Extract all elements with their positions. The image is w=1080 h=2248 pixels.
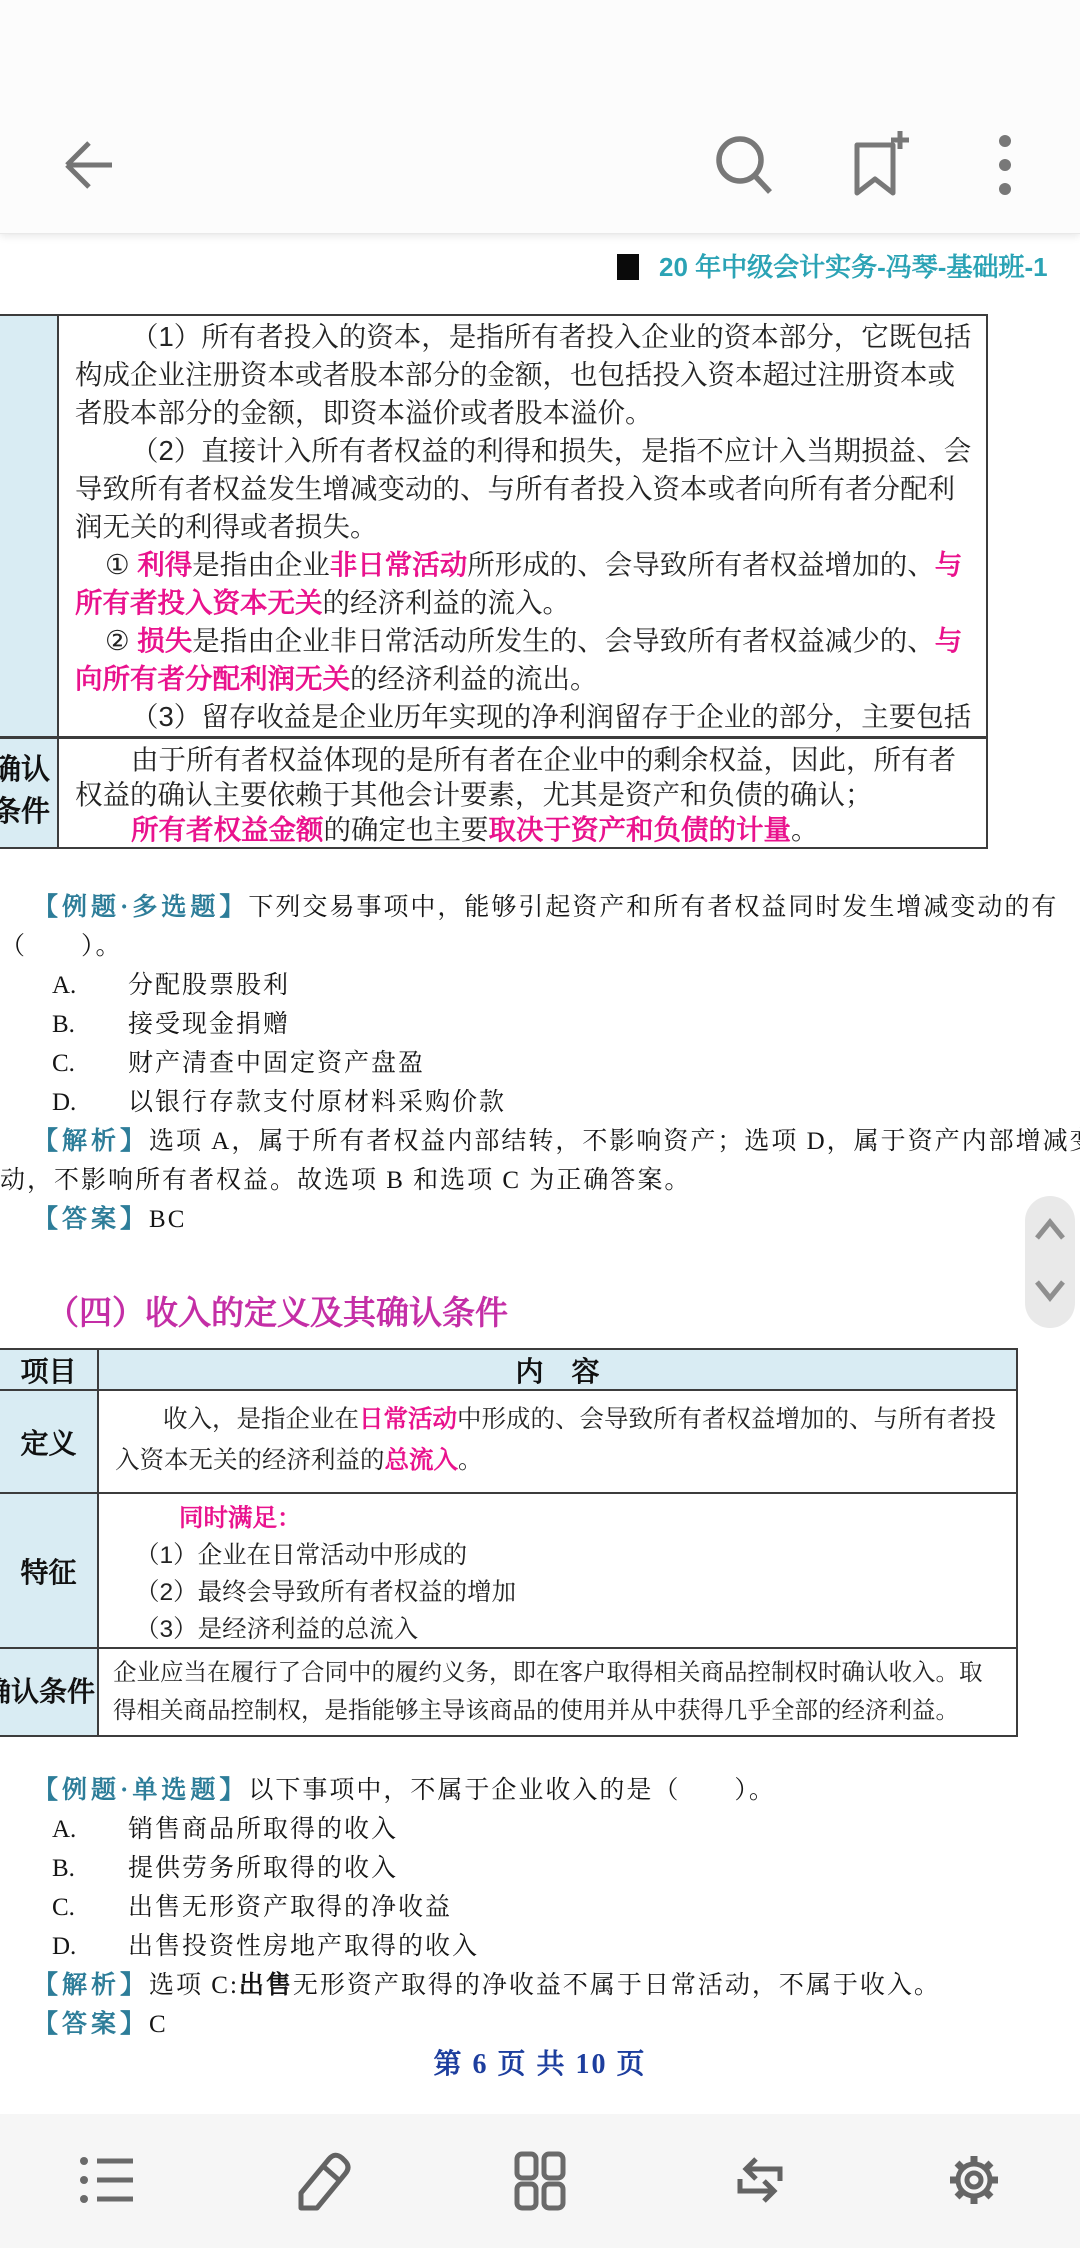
text-line: 【解析】选项 C:出售无形资产取得的净收益不属于日常活动，不属于收入。 (0, 1966, 1080, 2005)
example-singlechoice-block: 【例题·单选题】以下事项中，不属于企业收入的是（ ）。A.销售商品所取得的收入B… (0, 1771, 1080, 2044)
table-header-row: 项目 内 容 (0, 1350, 1016, 1391)
text-segment: 非日常活动 (330, 549, 468, 580)
option-letter: C. (52, 1888, 128, 1927)
page-indicator: 第 6 页 共 10 页 (0, 2045, 1080, 2085)
row-content-cell: 同时满足：（1）企业在日常活动中形成的（2）最终会导致所有者权益的增加（3）是经… (99, 1494, 1016, 1647)
text-line: （1）企业在日常活动中形成的 (115, 1537, 1004, 1574)
doc-title: 20 年中级会计实务-冯琴-基础班-1 (659, 246, 1048, 288)
bullet-square (617, 254, 639, 280)
text-line: （3）留存收益是企业历年实现的净利润留存于企业的部分，主要包括计提的盈余公积和未… (75, 698, 974, 736)
repeat-icon (728, 2148, 792, 2217)
gear-icon (942, 2148, 1006, 2217)
app-bar (0, 0, 1080, 234)
option-text: 财产清查中固定资产盘盈 (128, 1050, 425, 1077)
text-segment: 取决于资产和负债的计量 (489, 814, 792, 845)
option-line: D.以银行存款支付原材料采购价款 (0, 1083, 1080, 1122)
pencil-icon (289, 2148, 353, 2217)
text-segment: 日常活动 (359, 1406, 457, 1433)
text-line: 【例题·单选题】以下事项中，不属于企业收入的是（ ）。 (0, 1771, 1080, 1810)
more-vert-icon (965, 123, 1045, 207)
revenue-table: 项目 内 容 定义 收入，是指企业在日常活动中形成的、会导致所有者权益增加的、与… (0, 1348, 1018, 1737)
option-letter: D. (52, 1083, 128, 1122)
view-mode-button[interactable] (728, 2150, 792, 2214)
document-canvas[interactable]: 20 年中级会计实务-冯琴-基础班-1 （1）所有者投入的资本，是指所有者投入企… (0, 233, 1080, 2114)
search-icon (702, 125, 782, 205)
text-segment: 由于所有者权益体现的是所有者在企业中的剩余权益，因此，所有者权益的确认主要依赖于… (75, 744, 956, 810)
text-segment: 【解析】 (33, 1128, 149, 1155)
option-letter: D. (52, 1927, 128, 1966)
row-label-cell: 特征 (0, 1494, 99, 1647)
text-segment: 所有者权益金额 (131, 814, 324, 845)
option-letter: B. (52, 1849, 128, 1888)
row-content-cell: （1）所有者投入的资本，是指所有者投入企业的资本部分，它既包括构成企业注册资本或… (59, 316, 986, 736)
option-letter: C. (52, 1044, 128, 1083)
text-segment: （1）所有者投入的资本，是指所有者投入企业的资本部分，它既包括构成企业注册资本或… (75, 321, 971, 428)
chevron-up-icon (1030, 1214, 1070, 1249)
doc-title-row: 20 年中级会计实务-冯琴-基础班-1 (0, 246, 1080, 288)
bookmark-add-icon (831, 123, 917, 207)
text-segment: 损失 (137, 625, 192, 656)
text-line: 企业应当在履行了合同中的履约义务，即在客户取得相关商品控制权时确认收入。取得相关… (113, 1653, 1004, 1729)
text-segment: 动，不影响所有者权益。故选项 B 和选项 C 为正确答案。 (0, 1167, 691, 1194)
option-line: D.出售投资性房地产取得的收入 (0, 1927, 1080, 1966)
option-line: C.出售无形资产取得的净收益 (0, 1888, 1080, 1927)
row-content-cell: 由于所有者权益体现的是所有者在企业中的剩余权益，因此，所有者权益的确认主要依赖于… (59, 739, 986, 847)
row-content-cell: 企业应当在履行了合同中的履约义务，即在客户取得相关商品控制权时确认收入。取得相关… (99, 1649, 1016, 1735)
text-segment: ② (105, 625, 137, 656)
text-line: （2）最终会导致所有者权益的增加 (115, 1574, 1004, 1611)
table-row: 确认条件 企业应当在履行了合同中的履约义务，即在客户取得相关商品控制权时确认收入… (0, 1649, 1016, 1735)
text-segment: 。 (791, 814, 819, 845)
text-segment: （2）直接计入所有者权益的利得和损失，是指不应计入当期损益、会导致所有者权益发生… (75, 435, 971, 542)
option-text: 分配股票股利 (128, 972, 290, 999)
table-row: （1）所有者投入的资本，是指所有者投入企业的资本部分，它既包括构成企业注册资本或… (0, 316, 986, 736)
option-text: 出售无形资产取得的净收益 (128, 1894, 452, 1921)
option-letter: B. (52, 1005, 128, 1044)
table-row: 定义 收入，是指企业在日常活动中形成的、会导致所有者权益增加的、与所有者投入资本… (0, 1391, 1016, 1494)
settings-button[interactable] (942, 2150, 1006, 2214)
text-segment: 的确定也主要 (324, 814, 489, 845)
text-segment: 出售 (239, 1972, 293, 1999)
overflow-menu-button[interactable] (960, 120, 1050, 210)
row-label-cell: 确认 条件 (0, 739, 59, 847)
text-segment: 以下事项中，不属于企业收入的是（ ）。 (248, 1777, 776, 1804)
row-label-cell: 确认条件 (0, 1649, 99, 1735)
header-label-cell: 项目 (0, 1350, 99, 1389)
text-line: 【答案】BC (0, 1200, 1080, 1239)
annotate-button[interactable] (289, 2150, 353, 2214)
text-segment: 选项 C: (149, 1972, 239, 1999)
row-content-cell: 收入，是指企业在日常活动中形成的、会导致所有者权益增加的、与所有者投入资本无关的… (99, 1391, 1016, 1492)
header-content-cell: 内 容 (99, 1350, 1016, 1389)
outline-button[interactable] (75, 2150, 139, 2214)
option-text: 出售投资性房地产取得的收入 (128, 1933, 479, 1960)
bookmark-add-button[interactable] (829, 120, 919, 210)
option-text: 接受现金捐赠 (128, 1011, 290, 1038)
back-arrow-icon (52, 127, 128, 203)
text-segment: C (149, 2011, 168, 2038)
grid-icon (507, 2148, 571, 2217)
text-segment: BC (149, 1206, 186, 1233)
scroll-down-button[interactable] (1025, 1262, 1075, 1324)
search-button[interactable] (697, 120, 787, 210)
text-segment: 是指由企业 (192, 549, 330, 580)
screen: { "colors":{ "accent_teal_title":"#2ba3b… (0, 0, 1080, 2248)
text-line: （ ）。 (0, 927, 1080, 966)
text-line: （1）所有者投入的资本，是指所有者投入企业的资本部分，它既包括构成企业注册资本或… (75, 318, 974, 432)
text-line: 收入，是指企业在日常活动中形成的、会导致所有者权益增加的、与所有者投入资本无关的… (115, 1399, 1004, 1481)
text-segment: 同时满足： (179, 1505, 302, 1532)
option-line: C.财产清查中固定资产盘盈 (0, 1044, 1080, 1083)
text-segment: 所形成的、会导致所有者权益增加的、 (467, 549, 935, 580)
text-segment: 【答案】 (33, 2011, 149, 2038)
option-text: 销售商品所取得的收入 (128, 1816, 398, 1843)
text-line: ② 损失是指由企业非日常活动所发生的、会导致所有者权益减少的、与向所有者分配利润… (75, 622, 974, 698)
page-scroll-pill (1025, 1196, 1075, 1328)
text-segment: 收入，是指企业在 (163, 1406, 359, 1433)
text-segment: 。 (458, 1447, 483, 1474)
text-segment: 的经济利益的流入。 (323, 587, 571, 618)
text-segment: （ ）。 (0, 933, 123, 960)
option-letter: A. (52, 966, 128, 1005)
option-line: B.接受现金捐赠 (0, 1005, 1080, 1044)
thumbnails-button[interactable] (507, 2150, 571, 2214)
option-text: 以银行存款支付原材料采购价款 (128, 1089, 506, 1116)
text-segment: 的经济利益的流出。 (350, 663, 598, 694)
option-line: B.提供劳务所取得的收入 (0, 1849, 1080, 1888)
text-segment: ① (105, 549, 137, 580)
scroll-up-button[interactable] (1025, 1200, 1075, 1262)
text-segment: （3）是经济利益的总流入 (135, 1616, 418, 1643)
table-row: 特征 同时满足：（1）企业在日常活动中形成的（2）最终会导致所有者权益的增加（3… (0, 1494, 1016, 1649)
text-line: （2）直接计入所有者权益的利得和损失，是指不应计入当期损益、会导致所有者权益发生… (75, 432, 974, 546)
option-line: A.销售商品所取得的收入 (0, 1810, 1080, 1849)
option-line: A.分配股票股利 (0, 966, 1080, 1005)
row-label: 确认 条件 (0, 749, 56, 833)
text-segment: 企业应当在履行了合同中的履约义务，即在客户取得相关商品控制权时确认收入。取得相关… (113, 1659, 983, 1723)
example-multichoice-block: 【例题·多选题】下列交易事项中，能够引起资产和所有者权益同时发生增减变动的有（ … (0, 888, 1080, 1239)
text-line: 【例题·多选题】下列交易事项中，能够引起资产和所有者权益同时发生增减变动的有 (0, 888, 1080, 927)
text-line: 动，不影响所有者权益。故选项 B 和选项 C 为正确答案。 (0, 1161, 1080, 1200)
list-icon (75, 2148, 139, 2217)
text-segment: 下列交易事项中，能够引起资产和所有者权益同时发生增减变动的有 (248, 894, 1058, 921)
text-segment: 选项 A，属于所有者权益内部结转，不影响资产；选项 D，属于资产内部增减变 (149, 1128, 1080, 1155)
text-line: 所有者权益金额的确定也主要取决于资产和负债的计量。 (75, 812, 974, 847)
text-line: 【答案】C (0, 2005, 1080, 2044)
text-segment: 总流入 (385, 1447, 459, 1474)
option-letter: A. (52, 1810, 128, 1849)
chevron-down-icon (1030, 1276, 1070, 1311)
text-line: （3）是经济利益的总流入 (115, 1611, 1004, 1647)
text-segment: 利得 (137, 549, 192, 580)
text-segment: 【例题·单选题】 (33, 1777, 248, 1804)
text-segment: 是指由企业非日常活动所发生的、会导致所有者权益减少的、 (192, 625, 935, 656)
equity-table: （1）所有者投入的资本，是指所有者投入企业的资本部分，它既包括构成企业注册资本或… (0, 314, 988, 849)
text-line: 【解析】选项 A，属于所有者权益内部结转，不影响资产；选项 D，属于资产内部增减… (0, 1122, 1080, 1161)
text-line: ① 利得是指由企业非日常活动所形成的、会导致所有者权益增加的、与所有者投入资本无… (75, 546, 974, 622)
text-segment: （3）留存收益是企业历年实现的净利润留存于企业的部分，主要包括计提的盈余公积和未… (75, 701, 971, 736)
text-line: 由于所有者权益体现的是所有者在企业中的剩余权益，因此，所有者权益的确认主要依赖于… (75, 742, 974, 812)
table-row: 确认 条件 由于所有者权益体现的是所有者在企业中的剩余权益，因此，所有者权益的确… (0, 736, 986, 847)
text-segment: （1）企业在日常活动中形成的 (135, 1542, 467, 1569)
text-segment: （2）最终会导致所有者权益的增加 (135, 1579, 516, 1606)
section-heading: （四）收入的定义及其确认条件 (46, 1290, 508, 1336)
row-label-cell: 定义 (0, 1391, 99, 1492)
text-segment: 【解析】 (33, 1972, 149, 1999)
text-segment: 无形资产取得的净收益不属于日常活动，不属于收入。 (293, 1972, 941, 1999)
bottom-toolbar (0, 2114, 1080, 2248)
text-segment: 【答案】 (33, 1206, 149, 1233)
row-label: 确认条件 (0, 1649, 95, 1735)
option-text: 提供劳务所取得的收入 (128, 1855, 398, 1882)
text-line: 同时满足： (115, 1500, 1004, 1537)
row-label-cell (0, 316, 59, 736)
back-button[interactable] (45, 120, 135, 210)
text-segment: 【例题·多选题】 (33, 894, 248, 921)
